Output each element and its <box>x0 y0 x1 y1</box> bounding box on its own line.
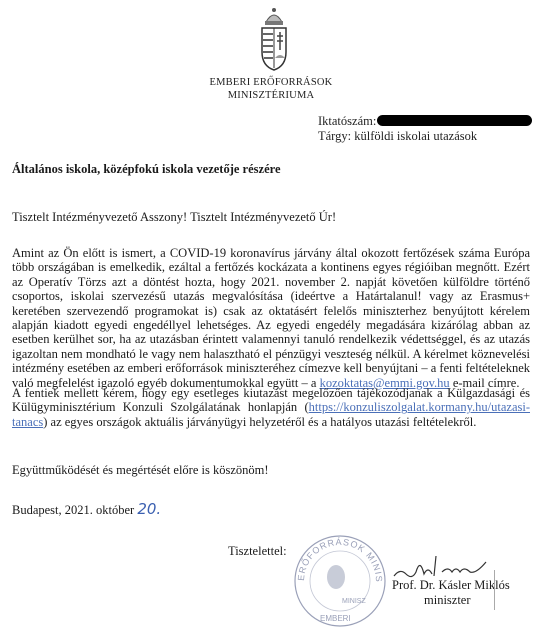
signatory-title: miniszter <box>424 593 471 608</box>
body-paragraph-1: Amint az Ön előtt is ismert, a COVID-19 … <box>12 246 530 390</box>
date-line: Budapest, 2021. október 20. <box>12 500 161 518</box>
reference-number: Iktatószám: <box>318 114 532 129</box>
ministry-name-line1: EMBERI ERŐFORRÁSOK <box>0 76 542 89</box>
addressee: Általános iskola, középfokú iskola vezet… <box>12 162 281 177</box>
salutation: Tisztelettel: <box>228 544 287 559</box>
greeting: Tisztelt Intézményvezető Asszony! Tiszte… <box>12 210 336 225</box>
redacted-reference <box>377 115 532 126</box>
subject-line: Tárgy: külföldi iskolai utazások <box>318 129 477 144</box>
signature-divider <box>494 570 495 610</box>
closing-thanks: Együttműködését és megértését előre is k… <box>12 463 269 478</box>
ministry-name-line2: MINISZTÉRIUMA <box>0 89 542 102</box>
body-paragraph-2: A fentiek mellett kérem, hogy egy esetle… <box>12 386 530 429</box>
handwritten-day: 20. <box>137 500 161 518</box>
svg-text:EMBERI: EMBERI <box>320 614 351 623</box>
coat-of-arms-icon <box>252 6 296 74</box>
signatory-name: Prof. Dr. Kásler Miklós <box>392 578 510 593</box>
svg-text:MINISZ: MINISZ <box>342 598 366 605</box>
ministry-stamp-icon: ERŐFORRÁSOK MINISZTÉRIUMA MINISZ EMBERI <box>292 533 388 629</box>
